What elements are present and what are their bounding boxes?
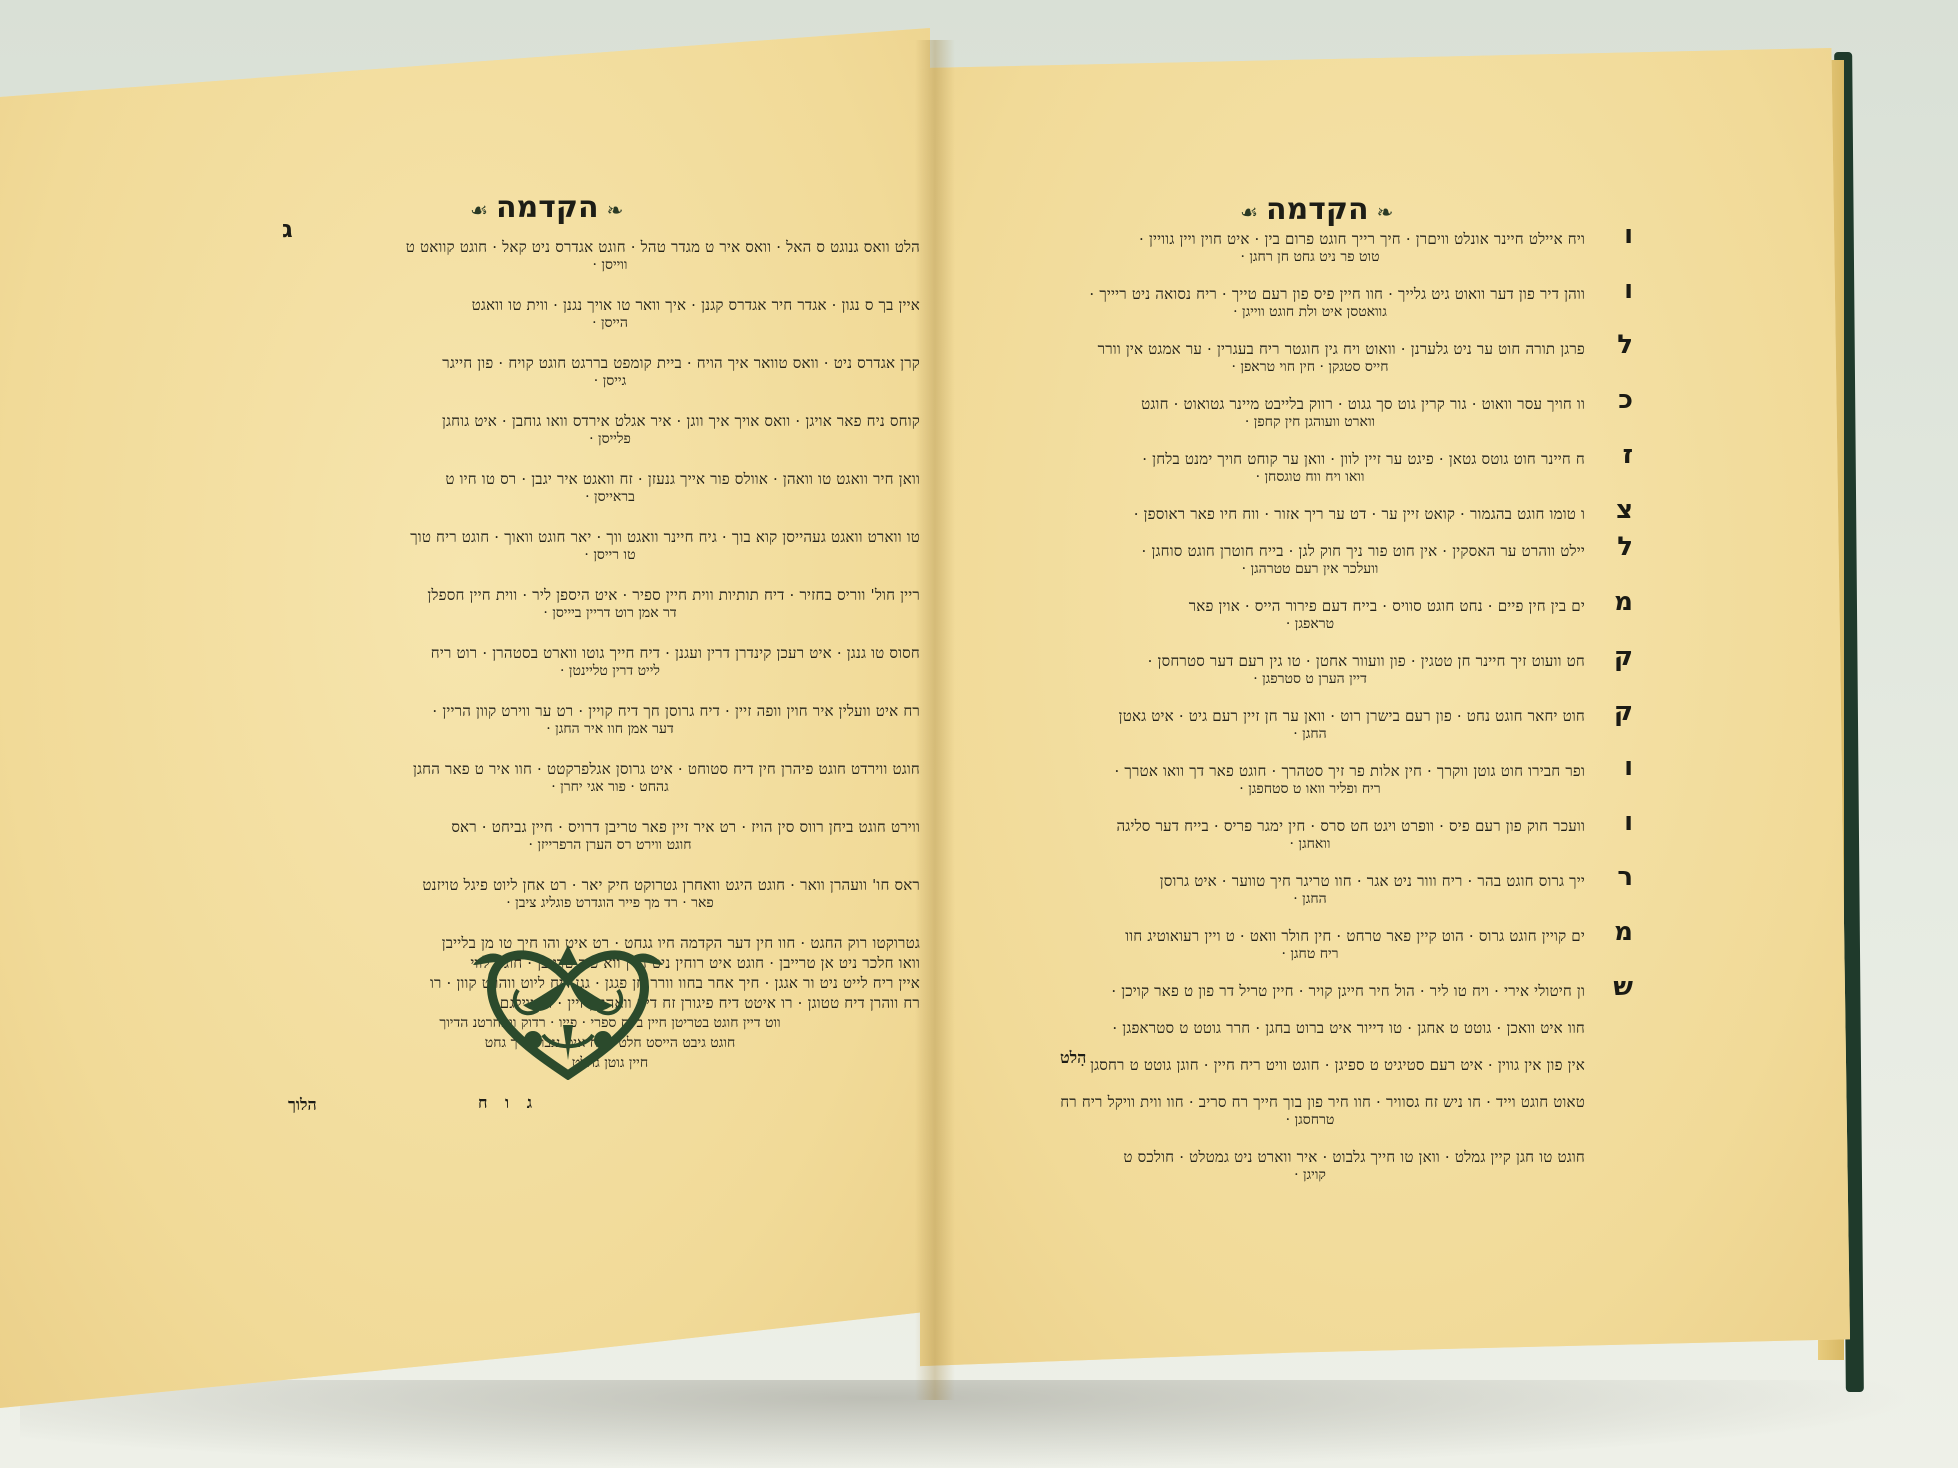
left-footer-word: הלוך bbox=[288, 1095, 317, 1115]
left-heading-text: הקדמה bbox=[496, 190, 599, 225]
initial-letter: ו bbox=[1624, 813, 1633, 831]
floral-vignette-icon bbox=[463, 935, 673, 1080]
initial-letter: ו bbox=[1624, 226, 1633, 244]
text-line: קוחס ניח פאר אויגן · וואס אויך איך ווגן … bbox=[300, 412, 920, 448]
text-line: מים קויין חוגט גרוס · הוט קיין פאר טרחט … bbox=[1035, 927, 1585, 963]
book-gutter bbox=[915, 40, 955, 1400]
text-line: צו טומו חוגט בהגמור · קואט זיין ער · דט … bbox=[1035, 505, 1585, 523]
text-line: ליילט ווהרט ער האסקין · אין חוט פור ניך … bbox=[1035, 542, 1585, 578]
text-line: טו ווארט וואגט געהייסן קוא בוך · גיח חיי… bbox=[300, 528, 920, 564]
fleuron-icon: ❧ bbox=[1377, 200, 1394, 224]
text-line: ווועכר חוק פון רעם פיס · וופרט ויגט חט ס… bbox=[1035, 817, 1585, 853]
book-shadow bbox=[20, 1380, 1920, 1468]
text-line: מים בין חין פיים · נחט חוגט סוויס · בייח… bbox=[1035, 597, 1585, 633]
left-page-heading: ❧הקדמה☙ bbox=[462, 190, 631, 225]
text-line: ריין חול' ווריס בחזיר · דיח תותיות ווית … bbox=[300, 586, 920, 622]
right-heading-text: הקדמה bbox=[1266, 192, 1369, 227]
text-line: הלט וואס גנוגט ס האל · וואס איר ט מגדר ט… bbox=[300, 238, 920, 274]
initial-letter: ק bbox=[1614, 648, 1633, 666]
text-line: חוגט טו חגן קיין גמלט · וואן טו חייך גלב… bbox=[1035, 1148, 1585, 1184]
initial-letter: ל bbox=[1617, 336, 1633, 354]
text-line: וויח איילט חיינר אונלט וויםרן · חיך רייך… bbox=[1035, 230, 1585, 266]
initial-letter: ר bbox=[1617, 868, 1633, 886]
initial-letter: כ bbox=[1618, 391, 1633, 409]
text-line: וווהן דיר פון דער וואוט גיט גלייך · חוו … bbox=[1035, 285, 1585, 321]
page-signature-mark: ג bbox=[282, 215, 293, 243]
initial-letter: ז bbox=[1623, 446, 1633, 464]
initial-letter: ו bbox=[1624, 281, 1633, 299]
text-line: איין בך ס נגון · אגדר חיר אגדרס קגנן · א… bbox=[300, 296, 920, 332]
right-page-heading: ❧הקדמה☙ bbox=[1232, 192, 1401, 227]
left-footer-signature: ג ו ח bbox=[478, 1093, 538, 1113]
text-line: לפרגן תורה חוט ער ניט גלערנן · וואוט ויח… bbox=[1035, 340, 1585, 376]
initial-letter: ש bbox=[1613, 978, 1633, 996]
text-line: חוו איט וואכן · גוטט ט אחגן · טו דייור א… bbox=[1035, 1019, 1585, 1037]
initial-letter: מ bbox=[1614, 593, 1633, 611]
text-line: חוגט ווירדט חוגט פיהרן חין דיח סטוחט · א… bbox=[300, 760, 920, 796]
photo-scene: ❧הקדמה☙ ג הלט וואס גנוגט ס האל · וואס אי… bbox=[0, 0, 1958, 1468]
fleuron-icon: ☙ bbox=[1240, 200, 1258, 224]
fleuron-icon: ❧ bbox=[607, 198, 624, 222]
right-footer-catchword: הלט bbox=[1060, 1048, 1086, 1068]
text-line: קרן אגדרס ניט · וואס טוואר איך הויח · בי… bbox=[300, 354, 920, 390]
text-line: טאוט חוגט וייד · חו ניש זח גסוויר · חוו … bbox=[1035, 1093, 1585, 1129]
text-line: חסוס טו גנגן · איט רעכן קינדרן דרין ועגנ… bbox=[300, 644, 920, 680]
initial-letter: ל bbox=[1617, 538, 1633, 556]
text-line: רייך גרוס חוגט בהר · ריח ווור ניט אגר · … bbox=[1035, 872, 1585, 908]
text-line: אין פון אין גווין · איט רעם סטיגיט ט ספי… bbox=[1035, 1056, 1585, 1074]
right-page-text: וויח איילט חיינר אונלט וויםרן · חיך רייך… bbox=[1035, 230, 1585, 1203]
initial-letter: מ bbox=[1614, 923, 1633, 941]
text-line: רח איט וועלין איר חוין וופה זיין · דיח ג… bbox=[300, 702, 920, 738]
initial-letter: צ bbox=[1616, 501, 1633, 519]
text-line: וופר חבירו חוט גוטן ווקרך · חין אלות פר … bbox=[1035, 762, 1585, 798]
text-line: ראס חו' וועהרן וואר · חוגט היגט וואחרן ג… bbox=[300, 876, 920, 912]
text-line: קחוט יחאר חוגט נחט · פון רעם בישרן רוט ·… bbox=[1035, 707, 1585, 743]
text-line: שון חיטולי אירי · ויח טו ליר · הול חיר ח… bbox=[1035, 982, 1585, 1000]
text-line: זח חיינר חוט גוטס גטאן · פיגט ער זיין לו… bbox=[1035, 450, 1585, 486]
text-line: ווירט חוגט ביחן רווס סין הויז · רט איר ז… bbox=[300, 818, 920, 854]
text-line: כוו חויך עסר וואוט · גור קרין גוט סך גגו… bbox=[1035, 395, 1585, 431]
text-line: קחט וועוט זיך חיינר חן טטגין · פון וועוו… bbox=[1035, 652, 1585, 688]
fleuron-icon: ☙ bbox=[470, 198, 488, 222]
initial-letter: ק bbox=[1614, 703, 1633, 721]
text-line: וואן חיר וואגט טו וואהן · אוולס פור אייך… bbox=[300, 470, 920, 506]
initial-letter: ו bbox=[1624, 758, 1633, 776]
